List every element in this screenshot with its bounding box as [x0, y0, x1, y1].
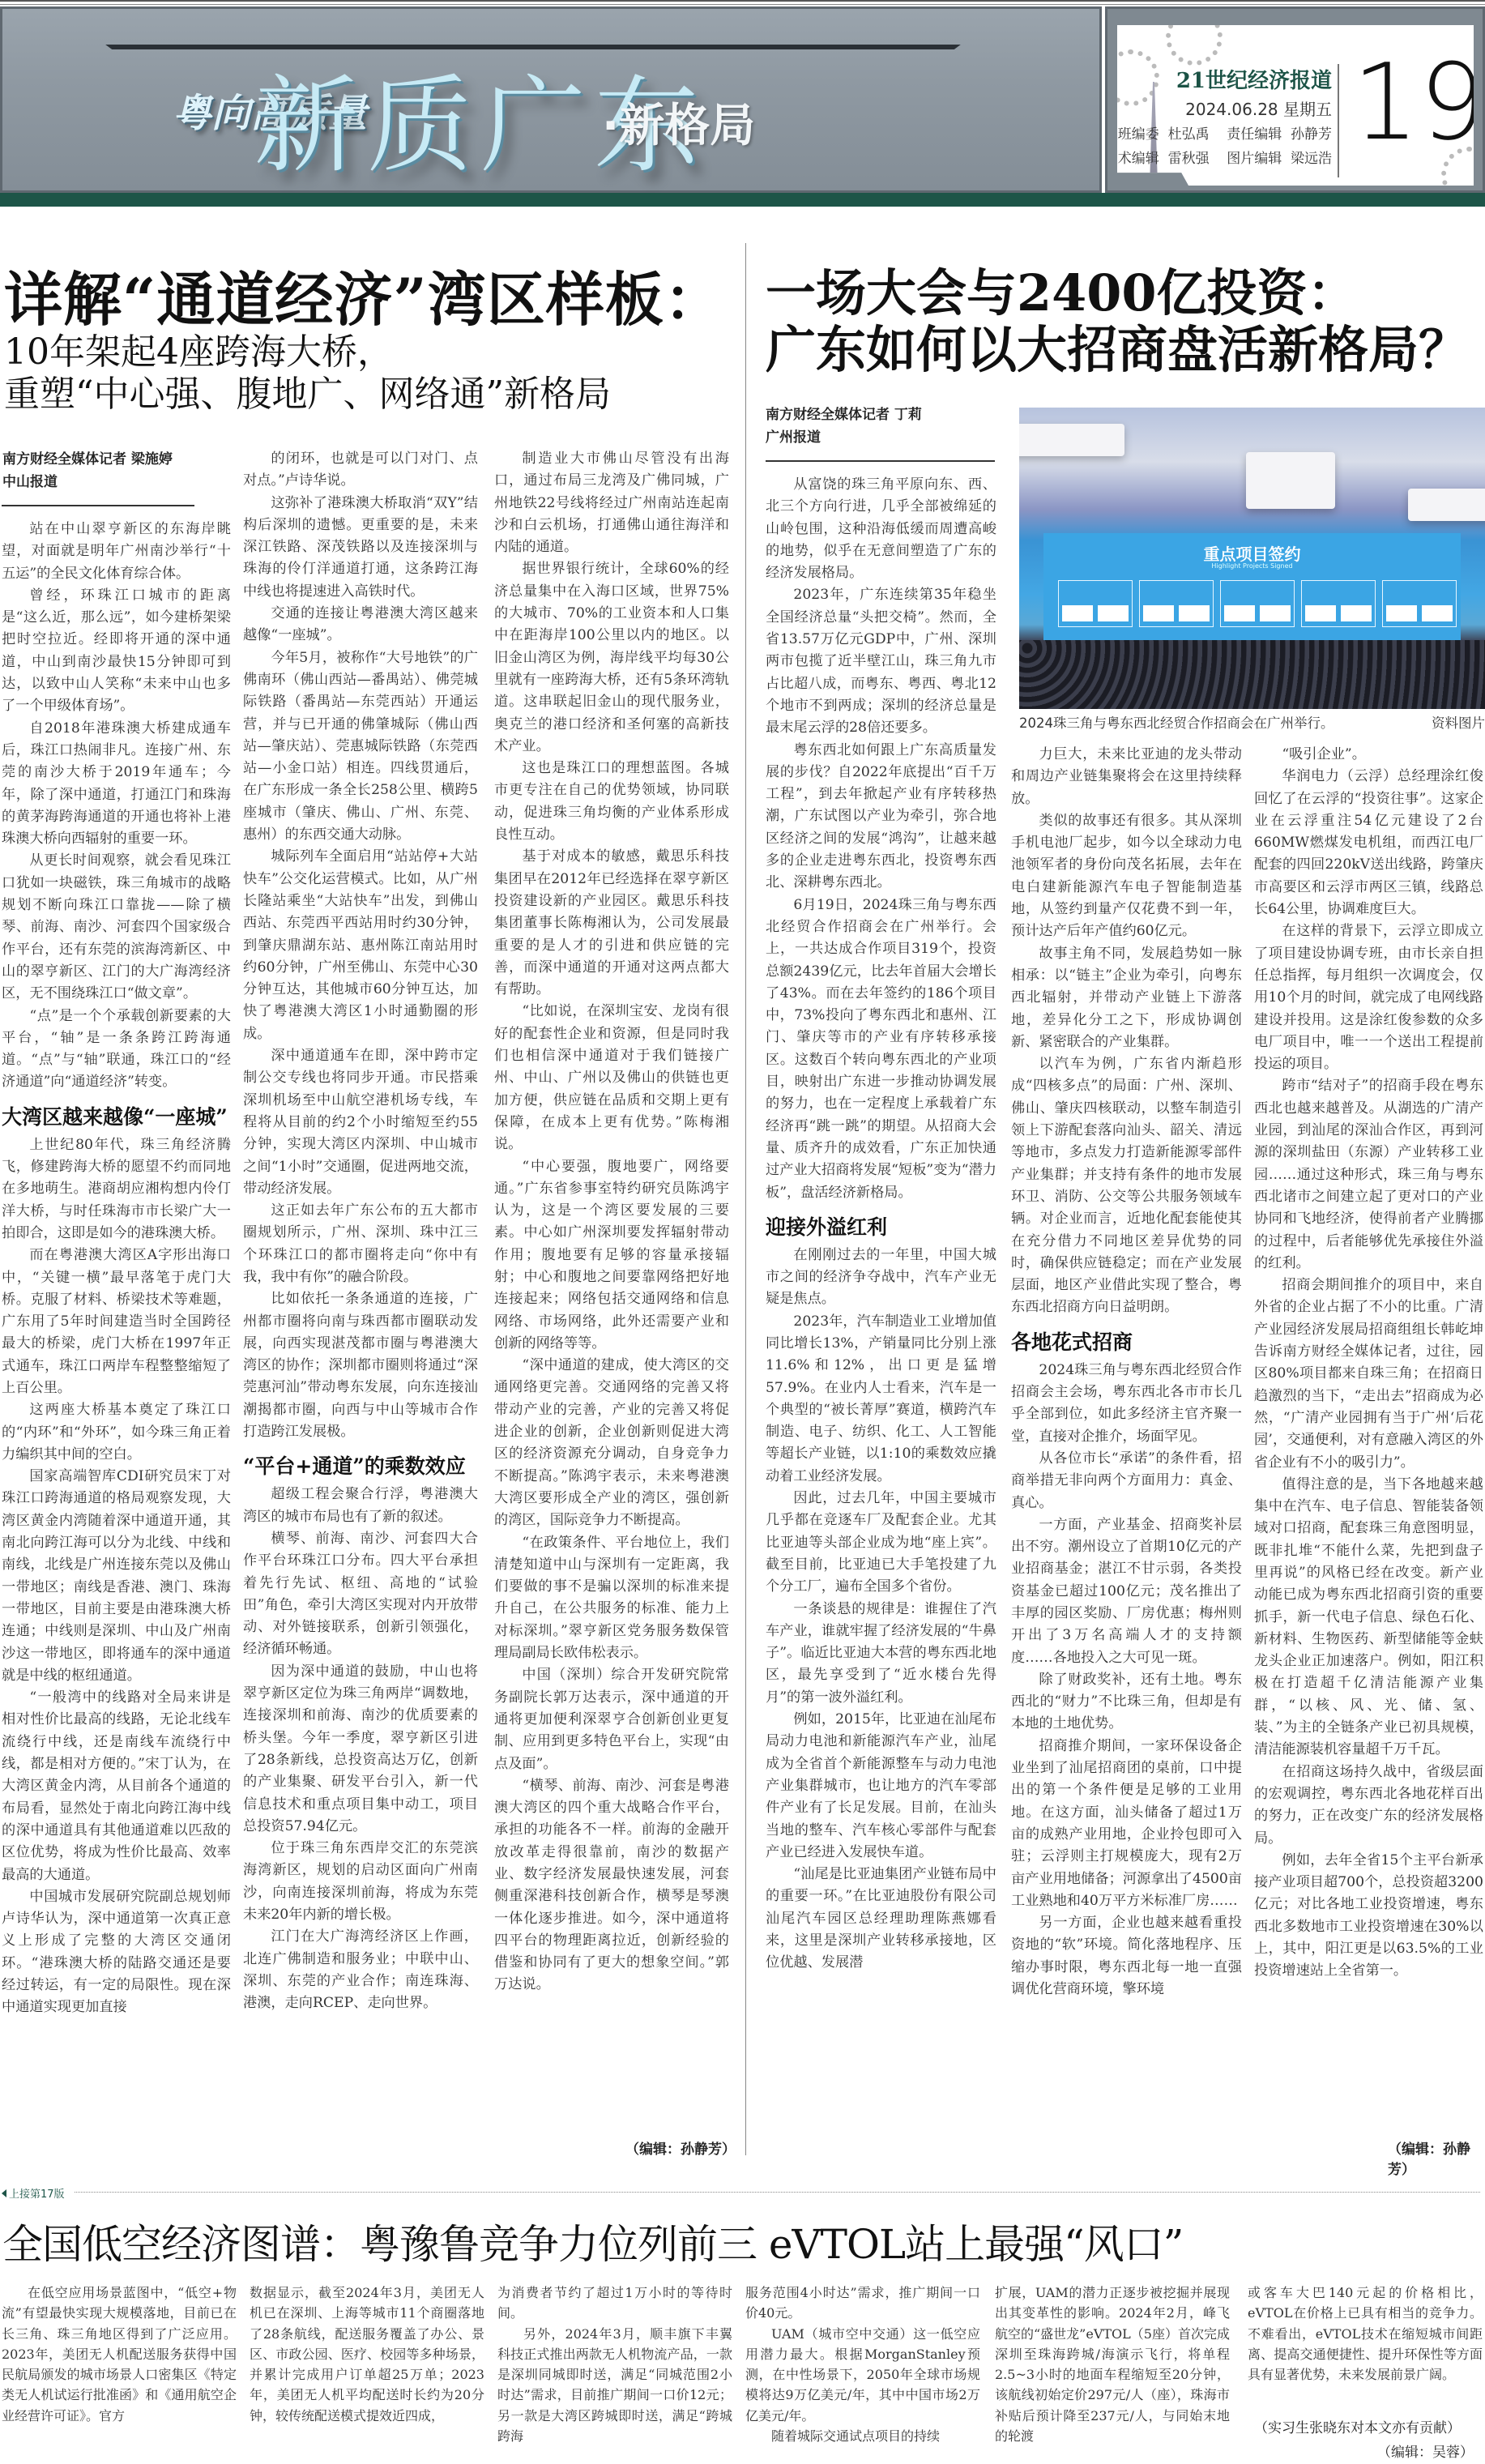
- paragraph: “在政策条件、平台地位上，我们清楚知道中山与深圳有一定距离，我们要做的事不是骗以…: [494, 1532, 729, 1665]
- editor-credits-2: 美术编辑 雷秋强 图片编辑 梁远浩: [1104, 147, 1332, 167]
- signing-panel: [1139, 580, 1214, 627]
- paragraph: 招商推介期间，一家环保设备企业坐到了汕尾招商团的桌前，口中提出的第一个条件便是足…: [1011, 1736, 1242, 1912]
- issue-date: 2024.06.28 星期五: [1185, 96, 1332, 120]
- paragraph: 扩展，UAM的潜力正逐步被挖掘并展现出其变革性的影响。2024年2月，峰飞航空的…: [995, 2283, 1230, 2446]
- paragraph: 值得注意的是，当下各地越来越集中在汽车、电子信息、智能装备领域对口招商，配套珠三…: [1254, 1474, 1483, 1762]
- paragraph: 故事主角不同，发展趋势如一脉相承：以“链主”企业为牵引，向粤东西北辐射，并带动产…: [1011, 943, 1242, 1053]
- ceiling-light: [1246, 452, 1335, 509]
- page-number: 19: [1352, 49, 1485, 155]
- article2-column-2: 力巨大，未来比亚迪的龙头带动和周边产业链集聚将会在这里持续释放。类似的故事还有很…: [1011, 744, 1242, 2166]
- section-heading: 各地花式招商: [1011, 1329, 1242, 1356]
- paragraph: 上世纪80年代，珠三角经济腾飞，修建跨海大桥的愿望不约而同地在多地萌生。港商胡应…: [2, 1134, 231, 1245]
- paragraph: 6月19日，2024珠三角与粤东西北经贸合作招商会在广州举行。会上，一共达成合作…: [766, 895, 996, 1204]
- paragraph: 为消费者节约了超过1万小时的等待时间。: [497, 2283, 732, 2324]
- article1-subheadline-2: 重塑“中心强、腹地广、网络通”新格局: [4, 365, 611, 416]
- dateline: 广州报道: [766, 426, 922, 449]
- audience: [1019, 640, 1485, 709]
- contributor-note: （实习生张晓东对本文亦有贡献）: [1254, 2416, 1461, 2436]
- article3-column-2: 数据显示，截至2024年3月，美团无人机已在深圳、上海等城市11个商圈落地了28…: [250, 2283, 484, 2464]
- paragraph: 深中通道通车在即，深中跨市定制公交专线也将同步开通。市民搭乘深圳机场至中山航空港…: [243, 1045, 478, 1200]
- paragraph: 自2018年港珠澳大桥建成通车后，珠江口热闹非凡。连接广州、东莞的南沙大桥于20…: [2, 718, 231, 851]
- section-subtitle: ·新格局: [602, 90, 755, 155]
- article3-column-1: 在低空应用场景蓝图中，“低空+物流”有望最快实现大规模落地，目前已在长三角、珠三…: [2, 2283, 237, 2464]
- continued-from-link[interactable]: 上接第17版: [2, 2185, 65, 2201]
- paragraph: 而在粤港澳大湾区A字形出海口中，“关键一横”最早落笔于虎门大桥。克服了材料、桥梁…: [2, 1245, 231, 1399]
- paragraph: 力巨大，未来比亚迪的龙头带动和周边产业链集聚将会在这里持续释放。: [1011, 744, 1242, 810]
- paragraph: 的闭环，也就是可以门对门、点对点。”卢诗华说。: [243, 448, 478, 493]
- editor-credits-1: 值班编委 杜弘禹 责任编辑 孙静芳: [1104, 122, 1332, 143]
- page-info-panel: 21世纪经济报道 2024.06.28 星期五 值班编委 杜弘禹 责任编辑 孙静…: [1105, 6, 1485, 193]
- article3-editor: （编辑：吴蓉）: [1377, 2441, 1474, 2461]
- paragraph: “点”是一个个承载创新要素的大平台，“轴”是一条条跨江跨海通道。“点”与“轴”联…: [2, 1006, 231, 1094]
- article3-column-6: 或客车大巴140元起的价格相比，eVTOL在价格上已具有相当的竞争力。不难看出，…: [1248, 2283, 1483, 2412]
- paragraph: 在刚刚过去的一年里，中国大城市之间的经济争夺战中，汽车产业无疑是焦点。: [766, 1245, 996, 1311]
- paragraph: 基于对成本的敏感，戴思乐科技集团早在2012年已经选择在翠亨新区投资建设新的产业…: [494, 846, 729, 1001]
- paragraph: “吸引企业”。: [1254, 744, 1483, 766]
- paragraph: 因此，过去几年，中国主要城市几乎都在竞逐车厂及配套企业。尤其比亚迪等头部企业成为…: [766, 1488, 996, 1598]
- paragraph: 招商会期间推介的项目中，来自外省的企业占据了不小的比重。广清产业园经济发展局招商…: [1254, 1275, 1483, 1474]
- page-info-card: 21世纪经济报道 2024.06.28 星期五 值班编委 杜弘禹 责任编辑 孙静…: [1117, 25, 1474, 186]
- paragraph: 另外，2024年3月，顺丰旗下丰翼科技正式推出两款无人机物流产品，一款是深圳同城…: [497, 2324, 732, 2447]
- paragraph: 因为深中通道的鼓励，中山也将翠亨新区定位为珠三角两岸“调数地，连接深圳和前海、南…: [243, 1661, 478, 1838]
- paragraph: 类似的故事还有很多。其从深圳手机电池厂起步，如今以全球动力电池领军者的身份向茂名…: [1011, 810, 1242, 943]
- article2-headline-2: 广东如何以大招商盘活新格局？: [766, 310, 1469, 382]
- paragraph: 曾经，环珠江口城市的距离是“这么近，那么远”，如今建桥架梁把时空拉近。经即将开通…: [2, 585, 231, 718]
- paragraph: 一条谈悬的规律是：谁握住了汽车产业，谁就牢握了经济发展的“牛鼻子”。临近比亚迪大…: [766, 1599, 996, 1709]
- paragraph: “一般湾中的线路对全局来讲是相对性价比最高的线路，无论北线车流绕行中线，还是南线…: [2, 1687, 231, 1886]
- section-heading: “平台+通道”的乘数效应: [243, 1453, 478, 1480]
- paragraph: 据世界银行统计，全球60%的经济总量集中在入海口区域，世界75%的大城市、70%…: [494, 558, 729, 758]
- paragraph: 在低空应用场景蓝图中，“低空+物流”有望最快实现大规模落地，目前已在长三角、珠三…: [2, 2283, 237, 2426]
- paragraph: 位于珠三角东西岸交汇的东莞滨海湾新区，规划的启动区面向广州南沙，向南连接深圳前海…: [243, 1838, 478, 1926]
- paragraph: 江门在大广海湾经济区上作画，北连广佛制造和服务业；中联中山、深圳、东莞的产业合作…: [243, 1926, 478, 2014]
- article2-editor: （编辑：孙静芳）: [1388, 2137, 1485, 2178]
- reporter: 南方财经全媒体记者 梁施婷: [2, 448, 173, 471]
- article1-column-1: 站在中山翠亨新区的东海岸眺望，对面就是明年广州南沙举行“十五运”的全民文化体育综…: [2, 519, 231, 2163]
- paragraph: 这弥补了港珠澳大桥取消“双Y”结构后深圳的遗憾。更重要的是，未来深江铁路、深茂铁…: [243, 493, 478, 603]
- section-banner: 粤向高质量 新质广东 ·新格局: [0, 6, 1102, 193]
- divider: [1338, 64, 1339, 177]
- article2-column-3: “吸引企业”。华润电力（云浮）总经理涂红俊回忆了在云浮的“投资往事”。这家企业在…: [1254, 744, 1483, 2133]
- paragraph: 跨市“结对子”的招商手段在粤东西北也越来越普及。从湖选的广清产业园，到汕尾的深汕…: [1254, 1075, 1483, 1275]
- paragraph: 粤东西北如何跟上广东高质量发展的步伐？自2022年底提出“百千万工程”，到去年掀…: [766, 740, 996, 895]
- paragraph: 这正如去年广东公布的五大都市圈规划所示，广州、深圳、珠中江三个环珠江口的都市圈将…: [243, 1200, 478, 1288]
- dateline: 中山报道: [2, 471, 173, 493]
- paragraph: “中心要强，腹地要广，网络要通。”广东省参事室特约研究员陈鸿宇认为，这是一个湾区…: [494, 1156, 729, 1356]
- paragraph: 2023年，广东连续第35年稳坐全国经济总量“头把交椅”。然而，全省13.57万…: [766, 584, 996, 739]
- stage-screen: 重点项目签约 Highlight Projects Signed: [1043, 533, 1461, 647]
- photo-caption: 2024珠三角与粤东西北经贸合作招商会在广州举行。 资料图片: [1019, 712, 1485, 732]
- paragraph: “横琴、前海、南沙、河套是粤港澳大湾区的四个重大战略合作平台，承担的功能各不一样…: [494, 1775, 729, 1996]
- paragraph: “汕尾是比亚迪集团产业链布局中的重要一环。”在比亚迪股份有限公司汕尾汽车园区总经…: [766, 1864, 996, 1974]
- article1-editor: （编辑：孙静芳）: [625, 2137, 736, 2158]
- paragraph: 中国城市发展研究院副总规划师卢诗华认为，深中通道第一次真正意义上形成了完整的大湾…: [2, 1886, 231, 2019]
- section-heading: 迎接外溢红利: [766, 1214, 996, 1241]
- paragraph: 比如依托一条条通道的连接，广州都市圈将向南与珠西都市圈联动发展，向西实现湛茂都市…: [243, 1288, 478, 1443]
- paragraph: 今年5月，被称作“大号地铁”的广佛南环（佛山西站—番禺站）、佛莞城际铁路（番禺站…: [243, 647, 478, 847]
- signing-panel: [1058, 580, 1133, 627]
- paragraph: 中国（深圳）综合开发研究院常务副院长郭万达表示，深中通道的开通将更加便利深翠亨合…: [494, 1664, 729, 1774]
- top-rule: [0, 0, 1485, 5]
- signing-panel: [1382, 580, 1457, 627]
- reporter: 南方财经全媒体记者 丁莉: [766, 404, 922, 426]
- article1-column-3: 制造业大市佛山尽管没有出海口，通过布局三龙湾及广佛同城，广州地铁22号线将经过广…: [494, 448, 729, 2133]
- photo-source: 资料图片: [1432, 712, 1485, 732]
- paragraph: 以汽车为例，广东省内渐趋形成“四核多点”的局面：广州、深圳、佛山、肇庆四核联动，…: [1011, 1053, 1242, 1319]
- paragraph: 从富饶的珠三角平原向东、西、北三个方向行进，几乎全部被绵延的山岭包围，这种沿海低…: [766, 474, 996, 584]
- article1-byline: 南方财经全媒体记者 梁施婷 中山报道: [2, 448, 173, 493]
- paragraph: 交通的连接让粤港澳大湾区越来越像“一座城”。: [243, 603, 478, 647]
- paragraph: 例如，2015年，比亚迪在汕尾布局动力电池和新能源汽车产业，汕尾成为全省首个新能…: [766, 1709, 996, 1864]
- paragraph: 这两座大桥基本奠定了珠江口的“内环”和“外环”，如今珠三角正着力编织其中间的空白…: [2, 1399, 231, 1466]
- section-heading: 大湾区越来越像“一座城”: [2, 1104, 231, 1131]
- article2-byline: 南方财经全媒体记者 丁莉 广州报道: [766, 404, 922, 449]
- gear-icon: [1166, 9, 1223, 66]
- paragraph: 除了财政奖补，还有土地。粤东西北的“财力”不比珠三角，但却是有本地的土地优势。: [1011, 1669, 1242, 1736]
- paragraph: 制造业大市佛山尽管没有出海口，通过布局三龙湾及广佛同城，广州地铁22号线将经过广…: [494, 448, 729, 558]
- paragraph: 超级工程会聚合行浮，粤港澳大湾区的城市布局也有了新的叙述。: [243, 1484, 478, 1528]
- paragraph: 2024珠三角与粤东西北经贸合作招商会主会场，粤东西北各市市长几乎全部到位，如此…: [1011, 1360, 1242, 1448]
- article3-column-5: 扩展，UAM的潜力正逐步被挖掘并展现出其变革性的影响。2024年2月，峰飞航空的…: [995, 2283, 1230, 2464]
- article3-column-4: 服务范围4小时达”需求，推广期间一口价40元。UAM（城市空中交通）这一低空应用…: [745, 2283, 980, 2464]
- dotted-divider: [75, 2192, 1480, 2193]
- paragraph: 另一方面，企业也越来越看重投资地的“软”环境。简化落地程序、压缩办事时限，粤东西…: [1011, 1912, 1242, 2001]
- paragraph: UAM（城市空中交通）这一低空应用潜力最大。根据MorganStanley预测，…: [745, 2324, 980, 2426]
- paragraph: 数据显示，截至2024年3月，美团无人机已在深圳、上海等城市11个商圈落地了28…: [250, 2283, 484, 2426]
- paragraph: 从更长时间观察，就会看见珠江口犹如一块磁铁，珠三角城市的战略规划不断向珠江口靠拢…: [2, 850, 231, 1005]
- paragraph: 站在中山翠亨新区的东海岸眺望，对面就是明年广州南沙举行“十五运”的全民文化体育综…: [2, 519, 231, 585]
- paragraph: 华润电力（云浮）总经理涂红俊回忆了在云浮的“投资往事”。这家企业在云浮重注54亿…: [1254, 766, 1483, 920]
- paragraph: 服务范围4小时达”需求，推广期间一口价40元。: [745, 2283, 980, 2324]
- screen-title: 重点项目签约: [1043, 541, 1461, 565]
- paragraph: 横琴、前海、南沙、河套四大合作平台环珠江口分布。四大平台承担着先行先试、枢纽、高…: [243, 1528, 478, 1661]
- article3-headline: 全国低空经济图谱：粤豫鲁竞争力位列前三 eVTOL站上最强“风口”: [2, 2212, 1183, 2270]
- paragraph: 例如，去年全省15个主平台新承接产业项目超700个，总投资超3200亿元；对比各…: [1254, 1850, 1483, 1983]
- masthead: 粤向高质量 新质广东 ·新格局 21世纪经济报道 2024.06.28 星期五 …: [0, 0, 1485, 207]
- paragraph: “深中通道的建成，使大湾区的交通网络更完善。交通网络的完善又将带动产业的完善，产…: [494, 1355, 729, 1531]
- byline-rule: [766, 460, 995, 462]
- paragraph: 城际列车全面启用“站站停+大站快车”公交化运营模式。比如，从广州长隆站乘坐“大站…: [243, 846, 478, 1045]
- signing-panel: [1220, 580, 1295, 627]
- gear-icon: [1103, 49, 1159, 106]
- accent-bar: [0, 193, 1485, 207]
- byline-rule: [2, 505, 194, 506]
- paragraph: 国家高端智库CDI研究员宋丁对珠江口跨海通道的格局观察发现，大湾区黄金内湾随着深…: [2, 1466, 231, 1687]
- article2-column-1: 从富饶的珠三角平原向东、西、北三个方向行进，几乎全部被绵延的山岭包围，这种沿海低…: [766, 474, 996, 2167]
- ceiling-light: [1408, 489, 1485, 521]
- paragraph: 随着城际交通试点项目的持续: [745, 2426, 980, 2446]
- paragraph: 在招商这场持久战中，省级层面的宏观调控，粤东西北各地花样百出的努力，正在改变广东…: [1254, 1762, 1483, 1850]
- paragraph: 这也是珠江口的理想蓝图。各城市更专注在自己的优势领域，协同联动，促进珠三角均衡的…: [494, 758, 729, 846]
- paragraph: 或客车大巴140元起的价格相比，eVTOL在价格上已具有相当的竞争力。不难看出，…: [1248, 2283, 1483, 2385]
- paragraph: “比如说，在深圳宝安、龙岗有很好的配套性企业和资源，但是同时我们也相信深中通道对…: [494, 1001, 729, 1155]
- conference-photo: 重点项目签约 Highlight Projects Signed: [1019, 408, 1485, 709]
- column-divider: [745, 243, 746, 2155]
- paragraph: 在这样的背景下，云浮立即成立了项目建设协调专班，由市长亲自担任总指挥，每月组织一…: [1254, 920, 1483, 1075]
- paragraph: 2023年，汽车制造业工业增加值同比增长13%，产销量同比分别上涨11.6%和1…: [766, 1311, 996, 1488]
- newspaper-name: 21世纪经济报道: [1176, 64, 1332, 94]
- article1-column-2: 的闭环，也就是可以门对门、点对点。”卢诗华说。这弥补了港珠澳大桥取消“双Y”结构…: [243, 448, 478, 2163]
- caption-text: 2024珠三角与粤东西北经贸合作招商会在广州举行。: [1019, 715, 1334, 731]
- article3-column-3: 为消费者节约了超过1万小时的等待时间。另外，2024年3月，顺丰旗下丰翼科技正式…: [497, 2283, 732, 2464]
- signing-panel: [1301, 580, 1376, 627]
- paragraph: 一方面，产业基金、招商奖补层出不穷。潮州设立了首期10亿元的产业招商基金；湛江不…: [1011, 1514, 1242, 1669]
- paragraph: 从各位市长“承诺”的条件看，招商举措无非向两个方面用力：真金、真心。: [1011, 1448, 1242, 1514]
- screen-subtitle: Highlight Projects Signed: [1043, 562, 1461, 570]
- ceiling-light: [1019, 424, 1124, 456]
